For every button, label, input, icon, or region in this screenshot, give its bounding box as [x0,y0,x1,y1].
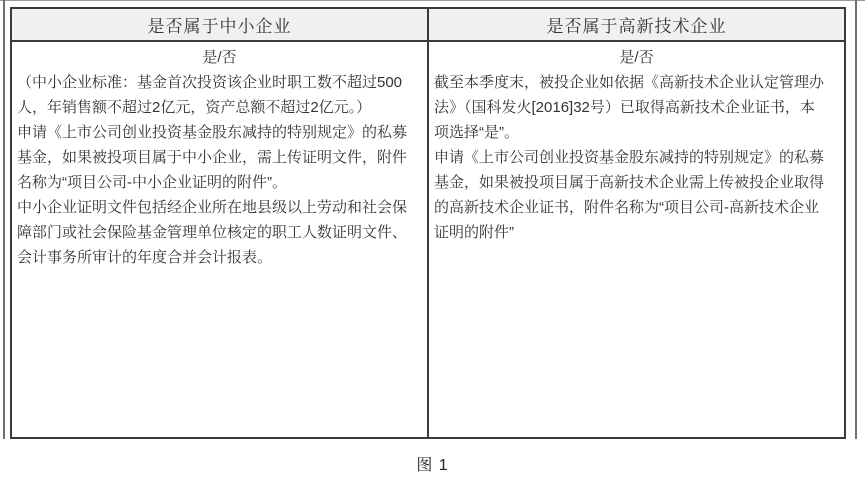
document-page: 是否属于中小企业 是否属于高新技术企业 是/否 （中小企业标准：基金首次投资该企… [0,0,865,483]
sme-yes-no-choice: 是/否 [17,45,422,70]
header-cell-high-tech: 是否属于高新技术企业 [429,9,844,40]
cropped-table-top-border [0,0,865,1]
header-cell-sme: 是否属于中小企业 [12,9,429,40]
body-cell-sme: 是/否 （中小企业标准：基金首次投资该企业时职工数不超过500 人，年销售额不超… [12,42,429,437]
criteria-table: 是否属于中小企业 是否属于高新技术企业 是/否 （中小企业标准：基金首次投资该企… [10,7,846,439]
body-cell-high-tech: 是/否 截至本季度末，被投企业如依据《高新技术企业认定管理办 法》（国科发火[2… [429,42,844,437]
high-tech-yes-no-choice: 是/否 [434,45,839,70]
high-tech-description-text: 截至本季度末，被投企业如依据《高新技术企业认定管理办 法》（国科发火[2016]… [434,70,839,245]
table-header-row: 是否属于中小企业 是否属于高新技术企业 [12,9,844,42]
sme-description-text: （中小企业标准：基金首次投资该企业时职工数不超过500 人，年销售额不超过2亿元… [17,70,422,270]
cropped-table-right-border [855,0,857,439]
figure-caption: 图 1 [0,452,865,475]
table-body-row: 是/否 （中小企业标准：基金首次投资该企业时职工数不超过500 人，年销售额不超… [12,42,844,437]
cropped-table-left-border [3,0,5,439]
